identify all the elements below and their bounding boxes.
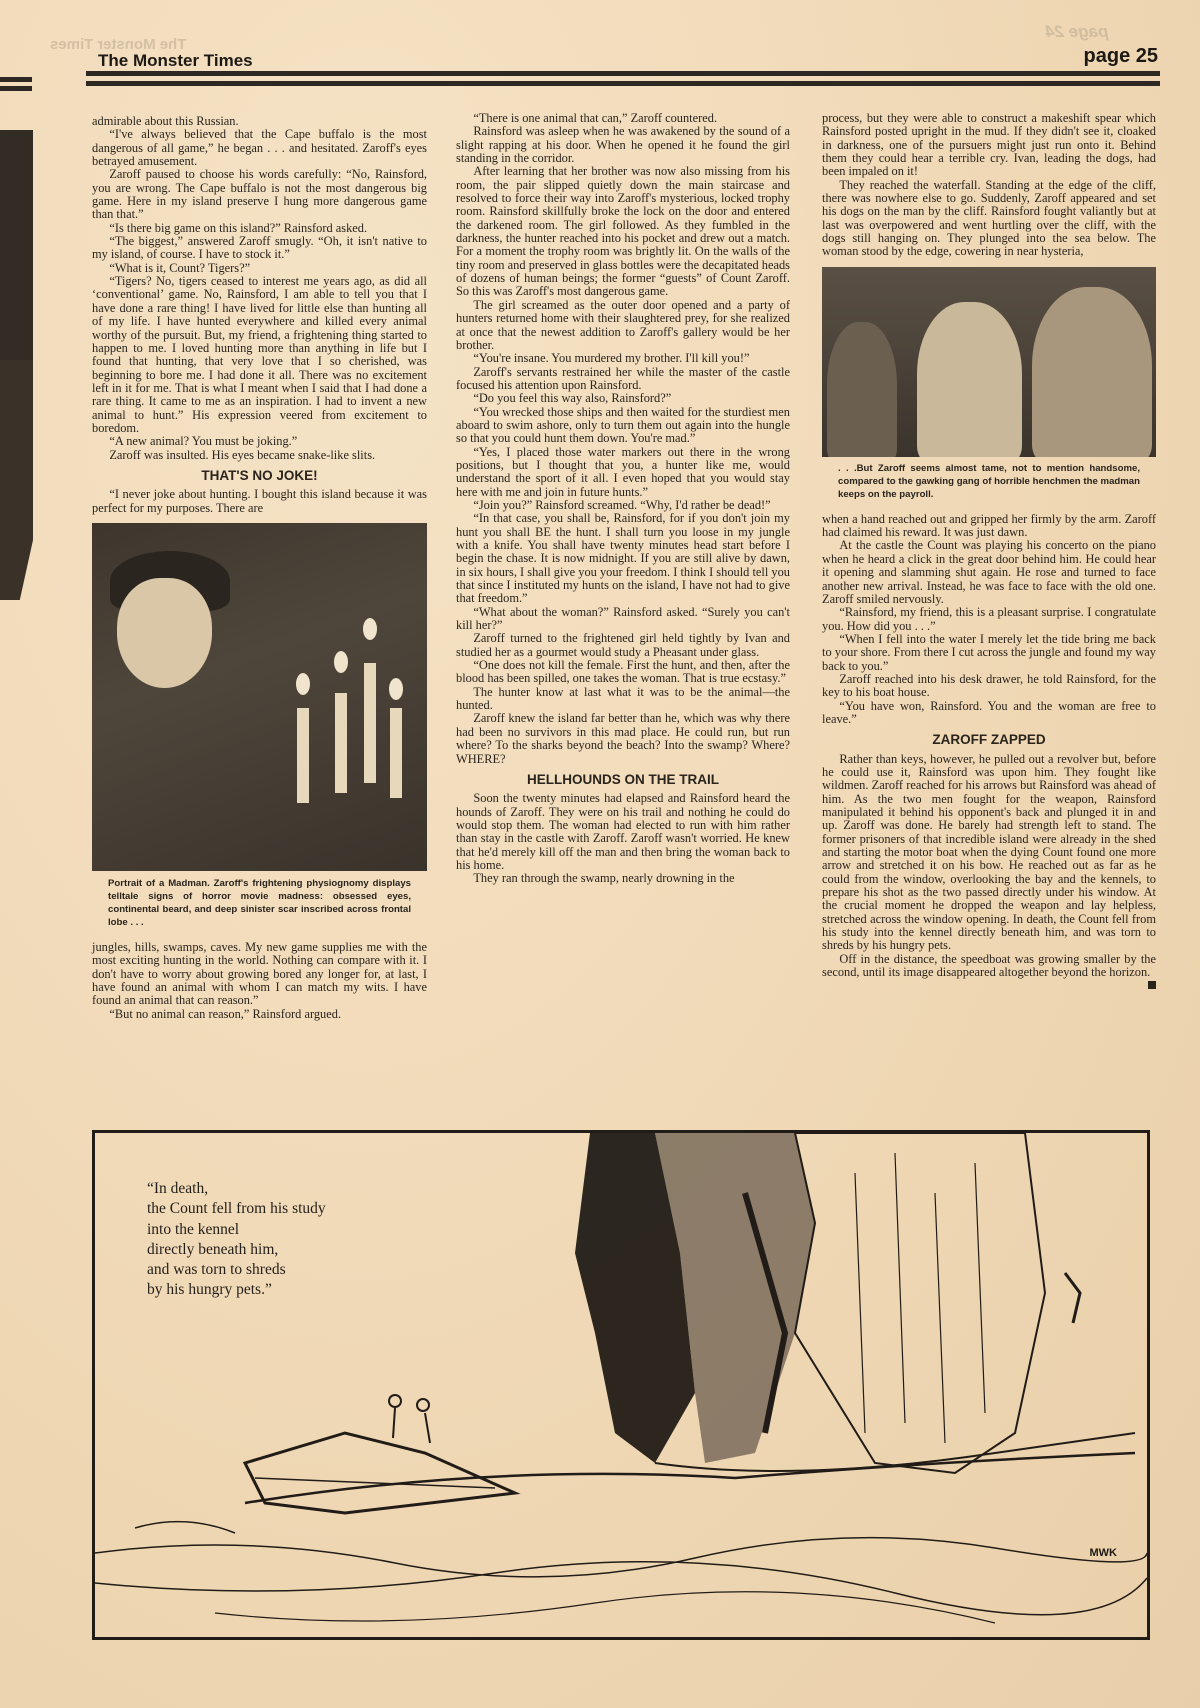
paragraph: “Rainsford, my friend, this is a pleasan…	[822, 606, 1156, 633]
paragraph: The girl screamed as the outer door open…	[456, 299, 790, 352]
article-column-2: “There is one animal that can,” Zaroff c…	[456, 112, 790, 886]
paragraph: “You wrecked those ships and then waited…	[456, 406, 790, 446]
paragraph: “I've always believed that the Cape buff…	[92, 128, 427, 168]
facing-page-illustration	[0, 360, 33, 600]
paragraph: They ran through the swamp, nearly drown…	[456, 872, 790, 885]
paragraph: They reached the waterfall. Standing at …	[822, 179, 1156, 259]
paragraph: “A new animal? You must be joking.”	[92, 435, 427, 448]
paragraph: “You're insane. You murdered my brother.…	[456, 352, 790, 365]
bleed-through-page: page 24	[1045, 22, 1108, 42]
paragraph: “Do you feel this way also, Rainsford?”	[456, 392, 790, 405]
header-rule	[86, 71, 1160, 76]
header-rule	[86, 81, 1160, 86]
paragraph: admirable about this Russian.	[92, 115, 427, 128]
pull-quote-line: directly beneath him,	[147, 1240, 326, 1260]
pull-quote: “In death, the Count fell from his study…	[147, 1179, 326, 1301]
zaroff-portrait-photo	[92, 523, 427, 871]
artist-signature: MWK	[1090, 1547, 1118, 1559]
facing-page-rule	[0, 86, 32, 91]
paragraph: Zaroff's servants restrained her while t…	[456, 366, 790, 393]
paragraph: “What is it, Count? Tigers?”	[92, 262, 427, 275]
paragraph: Zaroff turned to the frightened girl hel…	[456, 632, 790, 659]
publication-title: The Monster Times	[98, 51, 253, 71]
henchman-figure	[827, 322, 897, 457]
paragraph: “Join you?” Rainsford screamed. “Why, I'…	[456, 499, 790, 512]
paragraph: jungles, hills, swamps, caves. My new ga…	[92, 941, 427, 1008]
pull-quote-line: the Count fell from his study	[147, 1199, 326, 1219]
candle-flame	[334, 651, 348, 673]
paragraph: Zaroff paused to choose his words carefu…	[92, 168, 427, 221]
candle	[335, 693, 347, 793]
speedboat-cliff-illustration: “In death, the Count fell from his study…	[92, 1130, 1150, 1640]
henchmen-photo	[822, 267, 1156, 457]
paragraph: Zaroff knew the island far better than h…	[456, 712, 790, 765]
photo-caption: Portrait of a Madman. Zaroff's frighteni…	[92, 877, 427, 929]
paragraph: Rather than keys, however, he pulled out…	[822, 753, 1156, 953]
paragraph: Soon the twenty minutes had elapsed and …	[456, 792, 790, 872]
paragraph: “The biggest,” answered Zaroff smugly. “…	[92, 235, 427, 262]
paragraph: process, but they were able to construct…	[822, 112, 1156, 179]
paragraph: After learning that her brother was now …	[456, 165, 790, 298]
paragraph: “You have won, Rainsford. You and the wo…	[822, 700, 1156, 727]
photo-face	[117, 578, 212, 688]
paragraph: “When I fell into the water I merely let…	[822, 633, 1156, 673]
paragraph: “There is one animal that can,” Zaroff c…	[456, 112, 790, 125]
paragraph: “But no animal can reason,” Rainsford ar…	[92, 1008, 427, 1021]
zaroff-figure	[1032, 287, 1152, 457]
paragraph: Off in the distance, the speedboat was g…	[822, 953, 1156, 980]
paragraph: Zaroff was insulted. His eyes became sna…	[92, 449, 427, 462]
candle-flame	[296, 673, 310, 695]
paragraph: “I never joke about hunting. I bought th…	[92, 488, 427, 515]
paragraph: “In that case, you shall be, Rainsford, …	[456, 512, 790, 605]
paragraph: “Is there big game on this island?” Rain…	[92, 222, 427, 235]
paragraph-text: Off in the distance, the speedboat was g…	[822, 952, 1156, 979]
pull-quote-line: “In death,	[147, 1179, 326, 1199]
section-subhead: HELLHOUNDS ON THE TRAIL	[456, 773, 790, 786]
paragraph: “One does not kill the female. First the…	[456, 659, 790, 686]
paragraph: “What about the woman?” Rainsford asked.…	[456, 606, 790, 633]
rainsford-figure	[917, 302, 1022, 457]
paragraph: Zaroff reached into his desk drawer, he …	[822, 673, 1156, 700]
end-of-article-mark	[1148, 981, 1156, 989]
candle	[297, 708, 309, 803]
pull-quote-line: and was torn to shreds	[147, 1260, 326, 1280]
photo-caption: . . .But Zaroff seems almost tame, not t…	[822, 462, 1156, 501]
pull-quote-line: by his hungry pets.”	[147, 1280, 326, 1300]
article-column-3: process, but they were able to construct…	[822, 112, 1156, 989]
paragraph: The hunter know at last what it was to b…	[456, 686, 790, 713]
facing-page-rule	[0, 77, 32, 82]
paragraph: “Yes, I placed those water markers out t…	[456, 446, 790, 499]
candle-flame	[363, 618, 377, 640]
paragraph: when a hand reached out and gripped her …	[822, 513, 1156, 540]
paragraph: At the castle the Count was playing his …	[822, 539, 1156, 606]
candle	[364, 663, 376, 783]
paragraph: Rainsford was asleep when he was awakene…	[456, 125, 790, 165]
candle-flame	[389, 678, 403, 700]
pull-quote-line: into the kennel	[147, 1220, 326, 1240]
section-subhead: ZAROFF ZAPPED	[822, 733, 1156, 746]
candle	[390, 708, 402, 798]
section-subhead: THAT'S NO JOKE!	[92, 469, 427, 482]
article-column-1: admirable about this Russian. “I've alwa…	[92, 115, 427, 1021]
paragraph: “Tigers? No, tigers ceased to interest m…	[92, 275, 427, 435]
page-number: page 25	[1084, 45, 1158, 68]
